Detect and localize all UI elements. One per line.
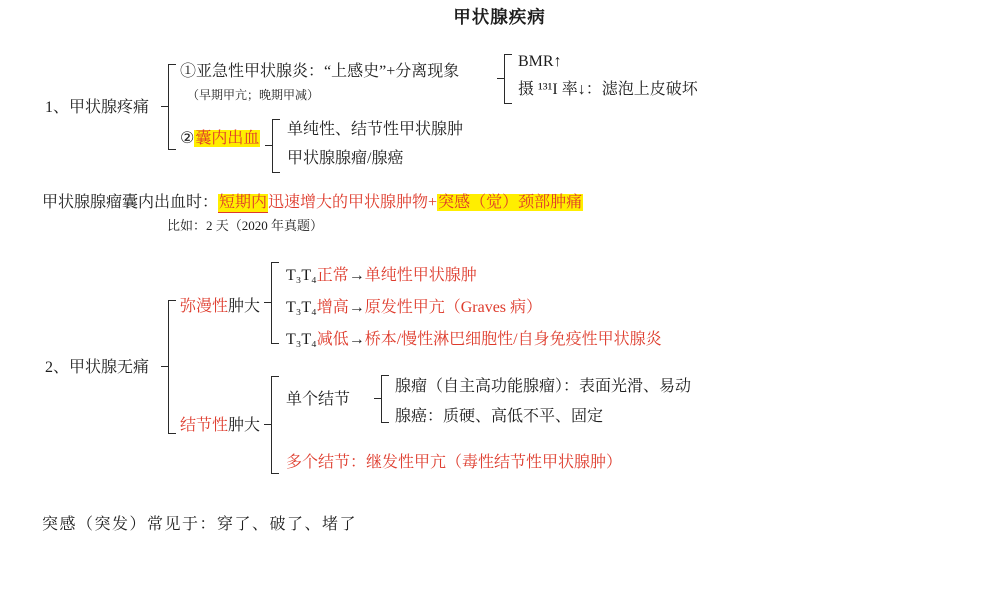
t3t4-label: T₃T₄ — [286, 267, 317, 284]
nodular-goiter-label: 结节性肿大 — [180, 416, 260, 436]
enlargement-word: 肿大 — [228, 417, 260, 434]
iodine-uptake-line: 摄 ¹³¹I 率↓：滤泡上皮破坏 — [518, 80, 698, 100]
arrow-right: → — [349, 267, 365, 284]
arrow-right: → — [349, 331, 365, 348]
t3t4-label: T₃T₄ — [286, 331, 317, 348]
single-nodule-brace — [381, 375, 389, 423]
cystic-hemorrhage-highlight: 囊内出血 — [194, 130, 260, 147]
t3t4-row-decreased: T₃T₄减低→桥本/慢性淋巴细胞性/自身免疫性甲状腺炎 — [286, 330, 662, 350]
subacute-thyroiditis-line: ①亚急性甲状腺炎：“上感史”+分离现象 — [180, 62, 459, 82]
enlargement-word: 肿大 — [228, 298, 260, 315]
t3t4-state: 减低 — [317, 331, 349, 348]
t3t4-row-elevated: T₃T₄增高→原发性甲亢（Graves 病） — [286, 298, 542, 318]
hemorrhage-summary-line: 甲状腺腺瘤囊内出血时：短期内迅速增大的甲状腺肿物+突感（觉）颈部肿痛 — [42, 193, 583, 213]
multiple-nodule-line: 多个结节：继发性甲亢（毒性结节性甲状腺肿） — [286, 453, 622, 473]
t3t4-row-normal: T₃T₄正常→单纯性甲状腺肿 — [286, 266, 477, 286]
t3t4-label: T₃T₄ — [286, 299, 317, 316]
section2-brace — [168, 300, 176, 434]
section1-brace — [168, 64, 176, 150]
arrow-right: → — [349, 299, 365, 316]
sudden-neck-pain-highlight: 突感（觉）颈部肿痛 — [437, 194, 583, 211]
hemorrhage-prefix: 甲状腺腺瘤囊内出血时： — [42, 194, 218, 211]
diffuse-goiter-label: 弥漫性肿大 — [180, 297, 260, 317]
subacute-note: （早期甲亢；晚期甲减） — [187, 88, 319, 103]
cystic-hemorrhage-brace — [272, 119, 280, 173]
adenoma-line: 腺瘤（自主高功能腺瘤）：表面光滑、易动 — [395, 377, 691, 397]
diffuse-word: 弥漫性 — [180, 298, 228, 315]
t3t4-state: 正常 — [317, 267, 349, 284]
cystic-hemorrhage-label: ②囊内出血 — [180, 129, 260, 149]
dissociation-brace — [504, 54, 512, 104]
bmr-line: BMR↑ — [518, 52, 562, 72]
carcinoma-line: 腺癌：质硬、高低不平、固定 — [395, 407, 603, 427]
short-term-highlight: 短期内 — [218, 194, 268, 213]
t3t4-result: 原发性甲亢（Graves 病） — [365, 299, 542, 316]
section1-label: 1、甲状腺疼痛 — [45, 98, 149, 118]
nodular-word: 结节性 — [180, 417, 228, 434]
page-title: 甲状腺疾病 — [0, 7, 999, 29]
adenoma-carcinoma-line: 甲状腺腺瘤/腺癌 — [287, 149, 403, 169]
circled-two: ② — [180, 130, 194, 147]
single-nodule-label: 单个结节 — [286, 390, 350, 410]
diffuse-brace — [271, 262, 279, 344]
simple-nodular-goiter-line: 单纯性、结节性甲状腺肿 — [287, 120, 463, 140]
t3t4-result: 单纯性甲状腺肿 — [365, 267, 477, 284]
t3t4-state: 增高 — [317, 299, 349, 316]
t3t4-result: 桥本/慢性淋巴细胞性/自身免疫性甲状腺炎 — [365, 331, 662, 348]
notes-page: 甲状腺疾病 1、甲状腺疼痛 ①亚急性甲状腺炎：“上感史”+分离现象 （早期甲亢；… — [0, 0, 999, 607]
section2-label: 2、甲状腺无痛 — [45, 358, 149, 378]
hemorrhage-example-note: 比如：2 天（2020 年真题） — [167, 218, 323, 234]
rapid-growth-text: 迅速增大的甲状腺肿物+ — [268, 194, 437, 211]
footer-line: 突感（突发）常见于：穿了、破了、堵了 — [42, 515, 357, 535]
nodular-brace — [271, 376, 279, 474]
